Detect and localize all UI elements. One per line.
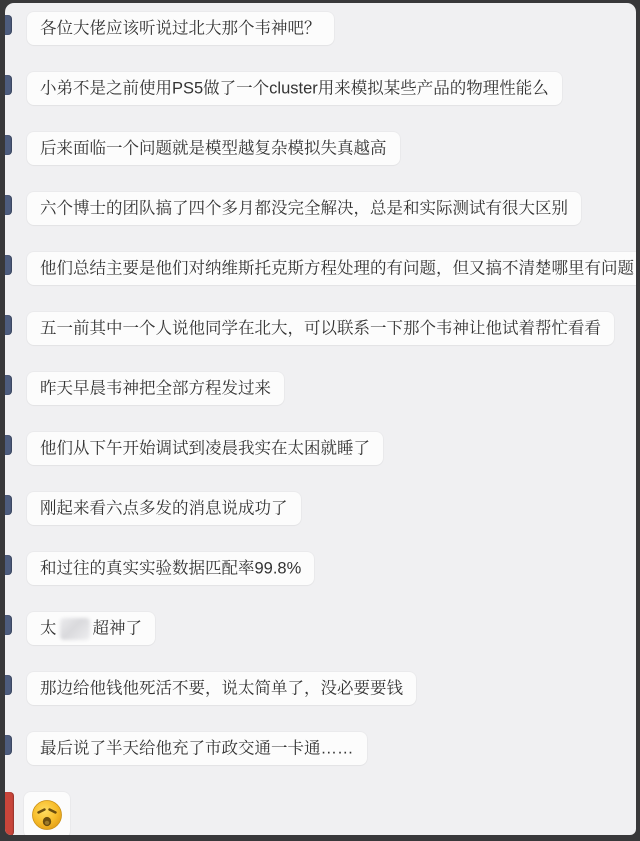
avatar[interactable]: [5, 675, 12, 695]
message-bubble[interactable]: 他们总结主要是他们对纳维斯托克斯方程处理的有问题，但又搞不清楚哪里有问题: [27, 252, 636, 285]
message-text: 六个博士的团队搞了四个多月都没完全解决，总是和实际测试有很大区别: [40, 199, 568, 217]
avatar[interactable]: [5, 135, 12, 155]
avatar[interactable]: [5, 792, 14, 835]
message-text: 和过往的真实实验数据匹配率99.8%: [40, 559, 301, 577]
emoji-sticker-bubble[interactable]: [24, 792, 70, 835]
avatar[interactable]: [5, 615, 12, 635]
message-row-emoji: [5, 792, 636, 835]
avatar[interactable]: [5, 555, 12, 575]
message-bubble[interactable]: 小弟不是之前使用PS5做了一个cluster用来模拟某些产品的物理性能么: [27, 72, 562, 105]
message-bubble[interactable]: 太超神了: [27, 612, 155, 645]
message-text: 那边给他钱他死活不要，说太简单了，没必要要钱: [40, 679, 403, 697]
shocked-face-emoji-icon: [30, 798, 64, 832]
message-bubble[interactable]: 各位大佬应该听说过北大那个韦神吧？: [27, 12, 334, 45]
message-row: 最后说了半天给他充了市政交通一卡通……: [5, 732, 636, 765]
message-text: 刚起来看六点多发的消息说成功了: [40, 499, 288, 517]
message-row: 五一前其中一个人说他同学在北大，可以联系一下那个韦神让他试着帮忙看看: [5, 312, 636, 345]
message-text: 各位大佬应该听说过北大那个韦神吧？: [40, 19, 321, 37]
avatar[interactable]: [5, 495, 12, 515]
message-row: 后来面临一个问题就是模型越复杂模拟失真越高: [5, 132, 636, 165]
message-row: 那边给他钱他死活不要，说太简单了，没必要要钱: [5, 672, 636, 705]
message-bubble[interactable]: 后来面临一个问题就是模型越复杂模拟失真越高: [27, 132, 400, 165]
message-bubble[interactable]: 和过往的真实实验数据匹配率99.8%: [27, 552, 314, 585]
message-text: 最后说了半天给他充了市政交通一卡通……: [40, 739, 354, 757]
message-bubble[interactable]: 六个博士的团队搞了四个多月都没完全解决，总是和实际测试有很大区别: [27, 192, 581, 225]
avatar[interactable]: [5, 15, 12, 35]
message-text: 他们总结主要是他们对纳维斯托克斯方程处理的有问题，但又搞不清楚哪里有问题: [40, 259, 634, 277]
message-bubble[interactable]: 那边给他钱他死活不要，说太简单了，没必要要钱: [27, 672, 416, 705]
message-row: 小弟不是之前使用PS5做了一个cluster用来模拟某些产品的物理性能么: [5, 72, 636, 105]
message-text: 小弟不是之前使用PS5做了一个cluster用来模拟某些产品的物理性能么: [40, 79, 549, 97]
censor-blur: [60, 618, 90, 640]
avatar[interactable]: [5, 375, 12, 395]
message-row-censored: 太超神了: [5, 612, 636, 645]
message-row: 他们总结主要是他们对纳维斯托克斯方程处理的有问题，但又搞不清楚哪里有问题: [5, 252, 636, 285]
message-row: 和过往的真实实验数据匹配率99.8%: [5, 552, 636, 585]
avatar[interactable]: [5, 735, 12, 755]
avatar[interactable]: [5, 315, 12, 335]
message-bubble[interactable]: 他们从下午开始调试到凌晨我实在太困就睡了: [27, 432, 383, 465]
avatar[interactable]: [5, 75, 12, 95]
message-row: 刚起来看六点多发的消息说成功了: [5, 492, 636, 525]
message-row: 各位大佬应该听说过北大那个韦神吧？: [5, 12, 636, 45]
message-bubble[interactable]: 刚起来看六点多发的消息说成功了: [27, 492, 301, 525]
message-text: 后来面临一个问题就是模型越复杂模拟失真越高: [40, 139, 387, 157]
message-bubble[interactable]: 昨天早晨韦神把全部方程发过来: [27, 372, 284, 405]
avatar[interactable]: [5, 435, 12, 455]
message-list: 各位大佬应该听说过北大那个韦神吧？ 小弟不是之前使用PS5做了一个cluster…: [5, 3, 636, 835]
message-text-prefix: 太: [40, 619, 57, 637]
message-text: 五一前其中一个人说他同学在北大，可以联系一下那个韦神让他试着帮忙看看: [40, 319, 601, 337]
chat-screen: 各位大佬应该听说过北大那个韦神吧？ 小弟不是之前使用PS5做了一个cluster…: [5, 3, 636, 835]
avatar[interactable]: [5, 255, 12, 275]
message-text: 昨天早晨韦神把全部方程发过来: [40, 379, 271, 397]
message-text: 他们从下午开始调试到凌晨我实在太困就睡了: [40, 439, 370, 457]
message-bubble[interactable]: 五一前其中一个人说他同学在北大，可以联系一下那个韦神让他试着帮忙看看: [27, 312, 614, 345]
message-bubble[interactable]: 最后说了半天给他充了市政交通一卡通……: [27, 732, 367, 765]
message-row: 六个博士的团队搞了四个多月都没完全解决，总是和实际测试有很大区别: [5, 192, 636, 225]
avatar[interactable]: [5, 195, 12, 215]
message-row: 昨天早晨韦神把全部方程发过来: [5, 372, 636, 405]
message-row: 他们从下午开始调试到凌晨我实在太困就睡了: [5, 432, 636, 465]
message-text-suffix: 超神了: [93, 619, 143, 637]
screenshot-frame: 各位大佬应该听说过北大那个韦神吧？ 小弟不是之前使用PS5做了一个cluster…: [0, 0, 640, 841]
